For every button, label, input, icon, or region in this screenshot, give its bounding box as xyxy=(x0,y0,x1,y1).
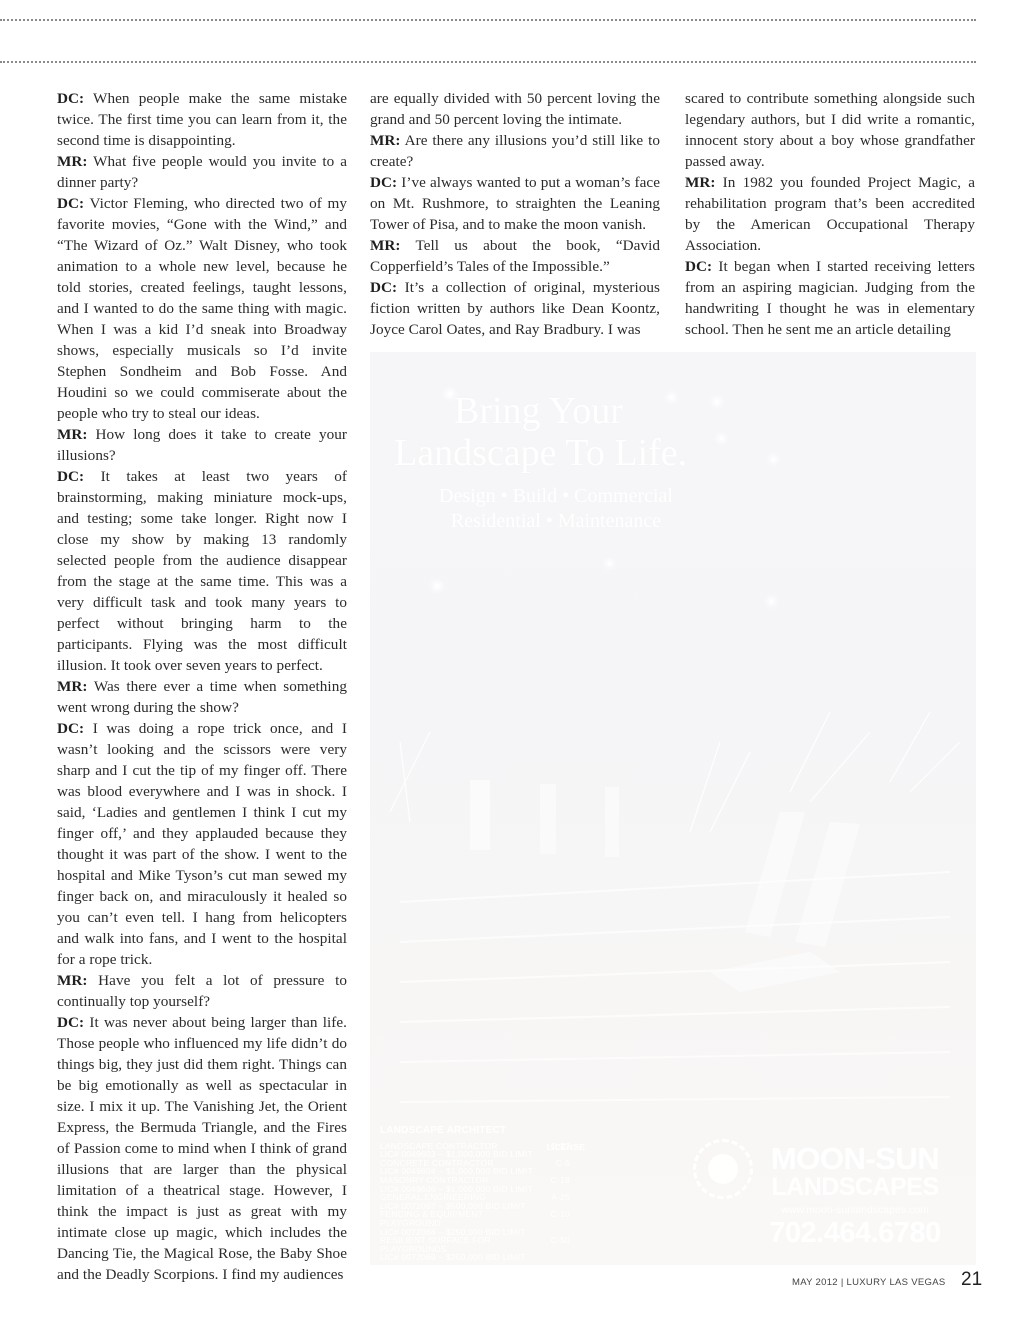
page-number: 21 xyxy=(961,1269,982,1291)
speaker-label: DC: xyxy=(685,258,712,275)
paragraph: DC: It was never about being larger than… xyxy=(57,1012,347,1285)
brand-name: MOON-SUN xyxy=(750,1144,960,1174)
ad-headline: Bring Your Landscape To Life. xyxy=(370,390,976,474)
brand-phone: 702.464.6780 xyxy=(750,1216,960,1250)
second-dotted-rule xyxy=(0,61,976,63)
article-column-2: are equally divided with 50 percent lovi… xyxy=(370,88,660,340)
moon-sun-logo-icon xyxy=(693,1139,753,1199)
paragraph: MR: Are there any illusions you’d still … xyxy=(370,130,660,172)
paragraph: MR: What five people would you invite to… xyxy=(57,151,347,193)
landscape-advertisement[interactable]: Bring Your Landscape To Life. Design • B… xyxy=(370,352,976,1265)
paragraph: DC: Victor Fleming, who directed two of … xyxy=(57,193,347,424)
license-list: Landscape Architect License Landscape Co… xyxy=(380,1127,570,1262)
license-row: Lic# 0072069 – $250,000 Bid Limit xyxy=(380,1253,570,1262)
speaker-label: MR: xyxy=(57,426,88,443)
license-row: Fencing & Equipment PlaygroundC-10 xyxy=(380,1210,570,1227)
issue-footer: MAY 2012 | LUXURY LAS VEGAS xyxy=(792,1277,946,1288)
speaker-label: DC: xyxy=(57,195,84,212)
license-row: Resilient Surface for PlaygroundsC-50 xyxy=(380,1236,570,1253)
paragraph: MR: Have you felt a lot of pressure to c… xyxy=(57,970,347,1012)
paragraph: DC: I was doing a rope trick once, and I… xyxy=(57,718,347,970)
paragraph: DC: It takes at least two years of brain… xyxy=(57,466,347,676)
article-column-1: DC: When people make the same mistake tw… xyxy=(57,88,347,1285)
paragraph: are equally divided with 50 percent lovi… xyxy=(370,88,660,130)
sparkle-icon xyxy=(608,562,611,565)
patio-scene-illustration xyxy=(370,672,976,1132)
sparkle-icon xyxy=(715,400,719,404)
speaker-label: DC: xyxy=(370,174,397,191)
speaker-label: DC: xyxy=(57,1014,84,1031)
speaker-label: MR: xyxy=(57,153,88,170)
speaker-label: DC: xyxy=(57,720,84,737)
sparkle-icon xyxy=(448,392,452,396)
brand-website-link[interactable]: www.moon-sunlandscapes.com xyxy=(750,1204,960,1216)
top-dotted-rule xyxy=(0,19,976,21)
paragraph: MR: How long does it take to create your… xyxy=(57,424,347,466)
paragraph: DC: I’ve always wanted to put a woman’s … xyxy=(370,172,660,235)
sparkle-icon xyxy=(670,396,673,399)
paragraph: MR: Tell us about the book, “David Coppe… xyxy=(370,235,660,277)
sparkle-icon xyxy=(720,437,723,440)
sparkle-icon xyxy=(772,458,775,461)
speaker-label: MR: xyxy=(57,972,88,989)
paragraph: DC: When people make the same mistake tw… xyxy=(57,88,347,151)
speaker-label: DC: xyxy=(57,468,84,485)
speaker-label: MR: xyxy=(370,237,401,254)
brand-block: MOON-SUN LANDSCAPES www.moon-sunlandscap… xyxy=(750,1144,960,1250)
paragraph: scared to contribute something alongside… xyxy=(685,88,975,172)
speaker-label: DC: xyxy=(370,279,397,296)
speaker-label: DC: xyxy=(57,90,84,107)
ad-services: Design • Build • Commercial Residential … xyxy=(406,484,706,534)
speaker-label: MR: xyxy=(57,678,88,695)
speaker-label: MR: xyxy=(370,132,401,149)
sparkle-icon xyxy=(435,584,439,588)
brand-subname: LANDSCAPES xyxy=(750,1174,960,1200)
paragraph: MR: Was there ever a time when something… xyxy=(57,676,347,718)
sparkle-icon xyxy=(770,600,773,603)
article-column-3: scared to contribute something alongside… xyxy=(685,88,975,340)
paragraph: DC: It began when I started receiving le… xyxy=(685,256,975,340)
paragraph: DC: It’s a collection of original, myste… xyxy=(370,277,660,340)
speaker-label: MR: xyxy=(685,174,716,191)
paragraph: MR: In 1982 you founded Project Magic, a… xyxy=(685,172,975,256)
